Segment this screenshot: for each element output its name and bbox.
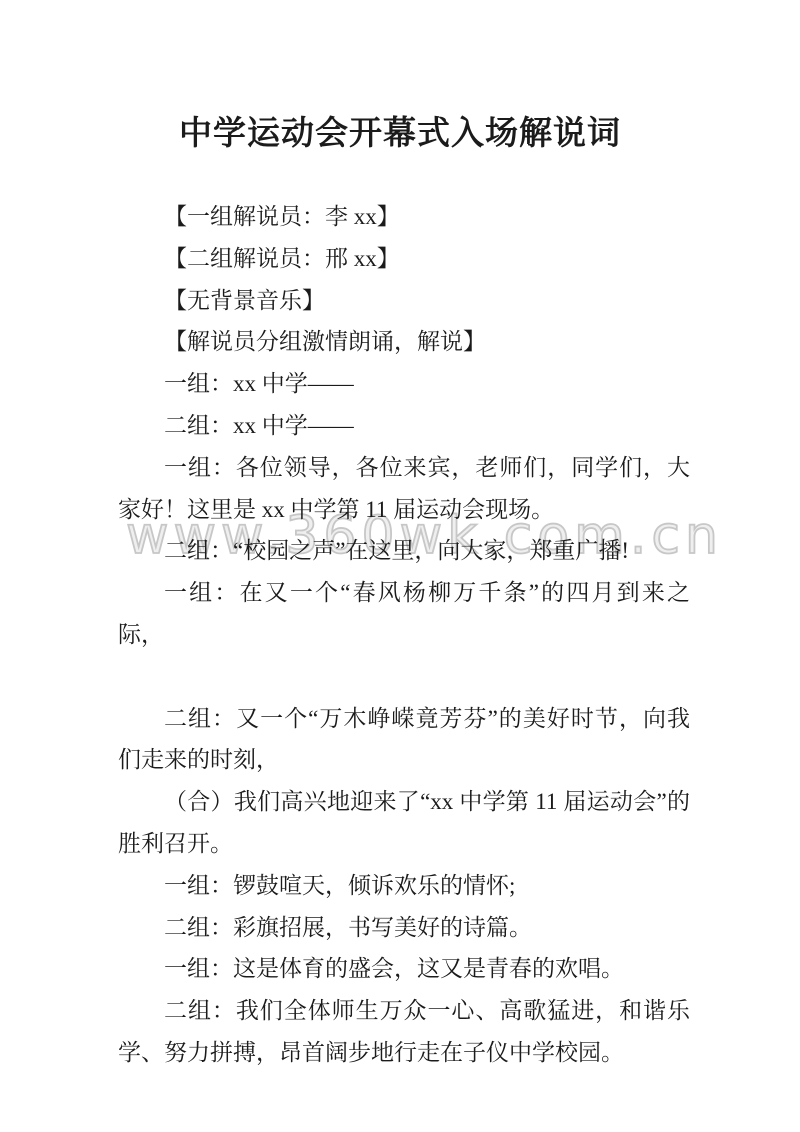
document-body: 【一组解说员：李 xx】【二组解说员：邢 xx】【无背景音乐】【解说员分组激情朗…: [118, 196, 690, 1074]
paragraph: 一组：在又一个“春风杨柳万千条”的四月到来之际，: [118, 572, 690, 656]
paragraph: 一组：锣鼓喧天，倾诉欢乐的情怀;: [118, 865, 690, 907]
paragraph: 二组：我们全体师生万众一心、高歌猛进，和谐乐学、努力拼搏，昂首阔步地行走在子仪中…: [118, 990, 690, 1074]
paragraph: 一组：这是体育的盛会，这又是青春的欢唱。: [118, 948, 690, 990]
paragraph: 【解说员分组激情朗诵，解说】: [118, 321, 690, 363]
paragraph: 二组：又一个“万木峥嵘竟芳芬”的美好时节，向我们走来的时刻，: [118, 698, 690, 782]
paragraph: 【无背景音乐】: [118, 280, 690, 322]
paragraph: 【二组解说员：邢 xx】: [118, 238, 690, 280]
paragraph: 【一组解说员：李 xx】: [118, 196, 690, 238]
paragraph: 一组：xx 中学——: [118, 363, 690, 405]
paragraph: 二组：xx 中学——: [118, 405, 690, 447]
document-page: www.360wk.com.cn 中学运动会开幕式入场解说词 【一组解说员：李 …: [0, 0, 800, 1132]
paragraph: 二组：“校园之声”在这里，向大家，郑重广播!: [118, 530, 690, 572]
document-title: 中学运动会开幕式入场解说词: [0, 110, 800, 156]
paragraph: 一组：各位领导，各位来宾，老师们，同学们，大家好！这里是 xx 中学第 11 届…: [118, 447, 690, 531]
paragraph: 二组：彩旗招展，书写美好的诗篇。: [118, 907, 690, 949]
paragraph: （合）我们高兴地迎来了“xx 中学第 11 届运动会”的胜利召开。: [118, 781, 690, 865]
paragraph: [118, 656, 690, 698]
